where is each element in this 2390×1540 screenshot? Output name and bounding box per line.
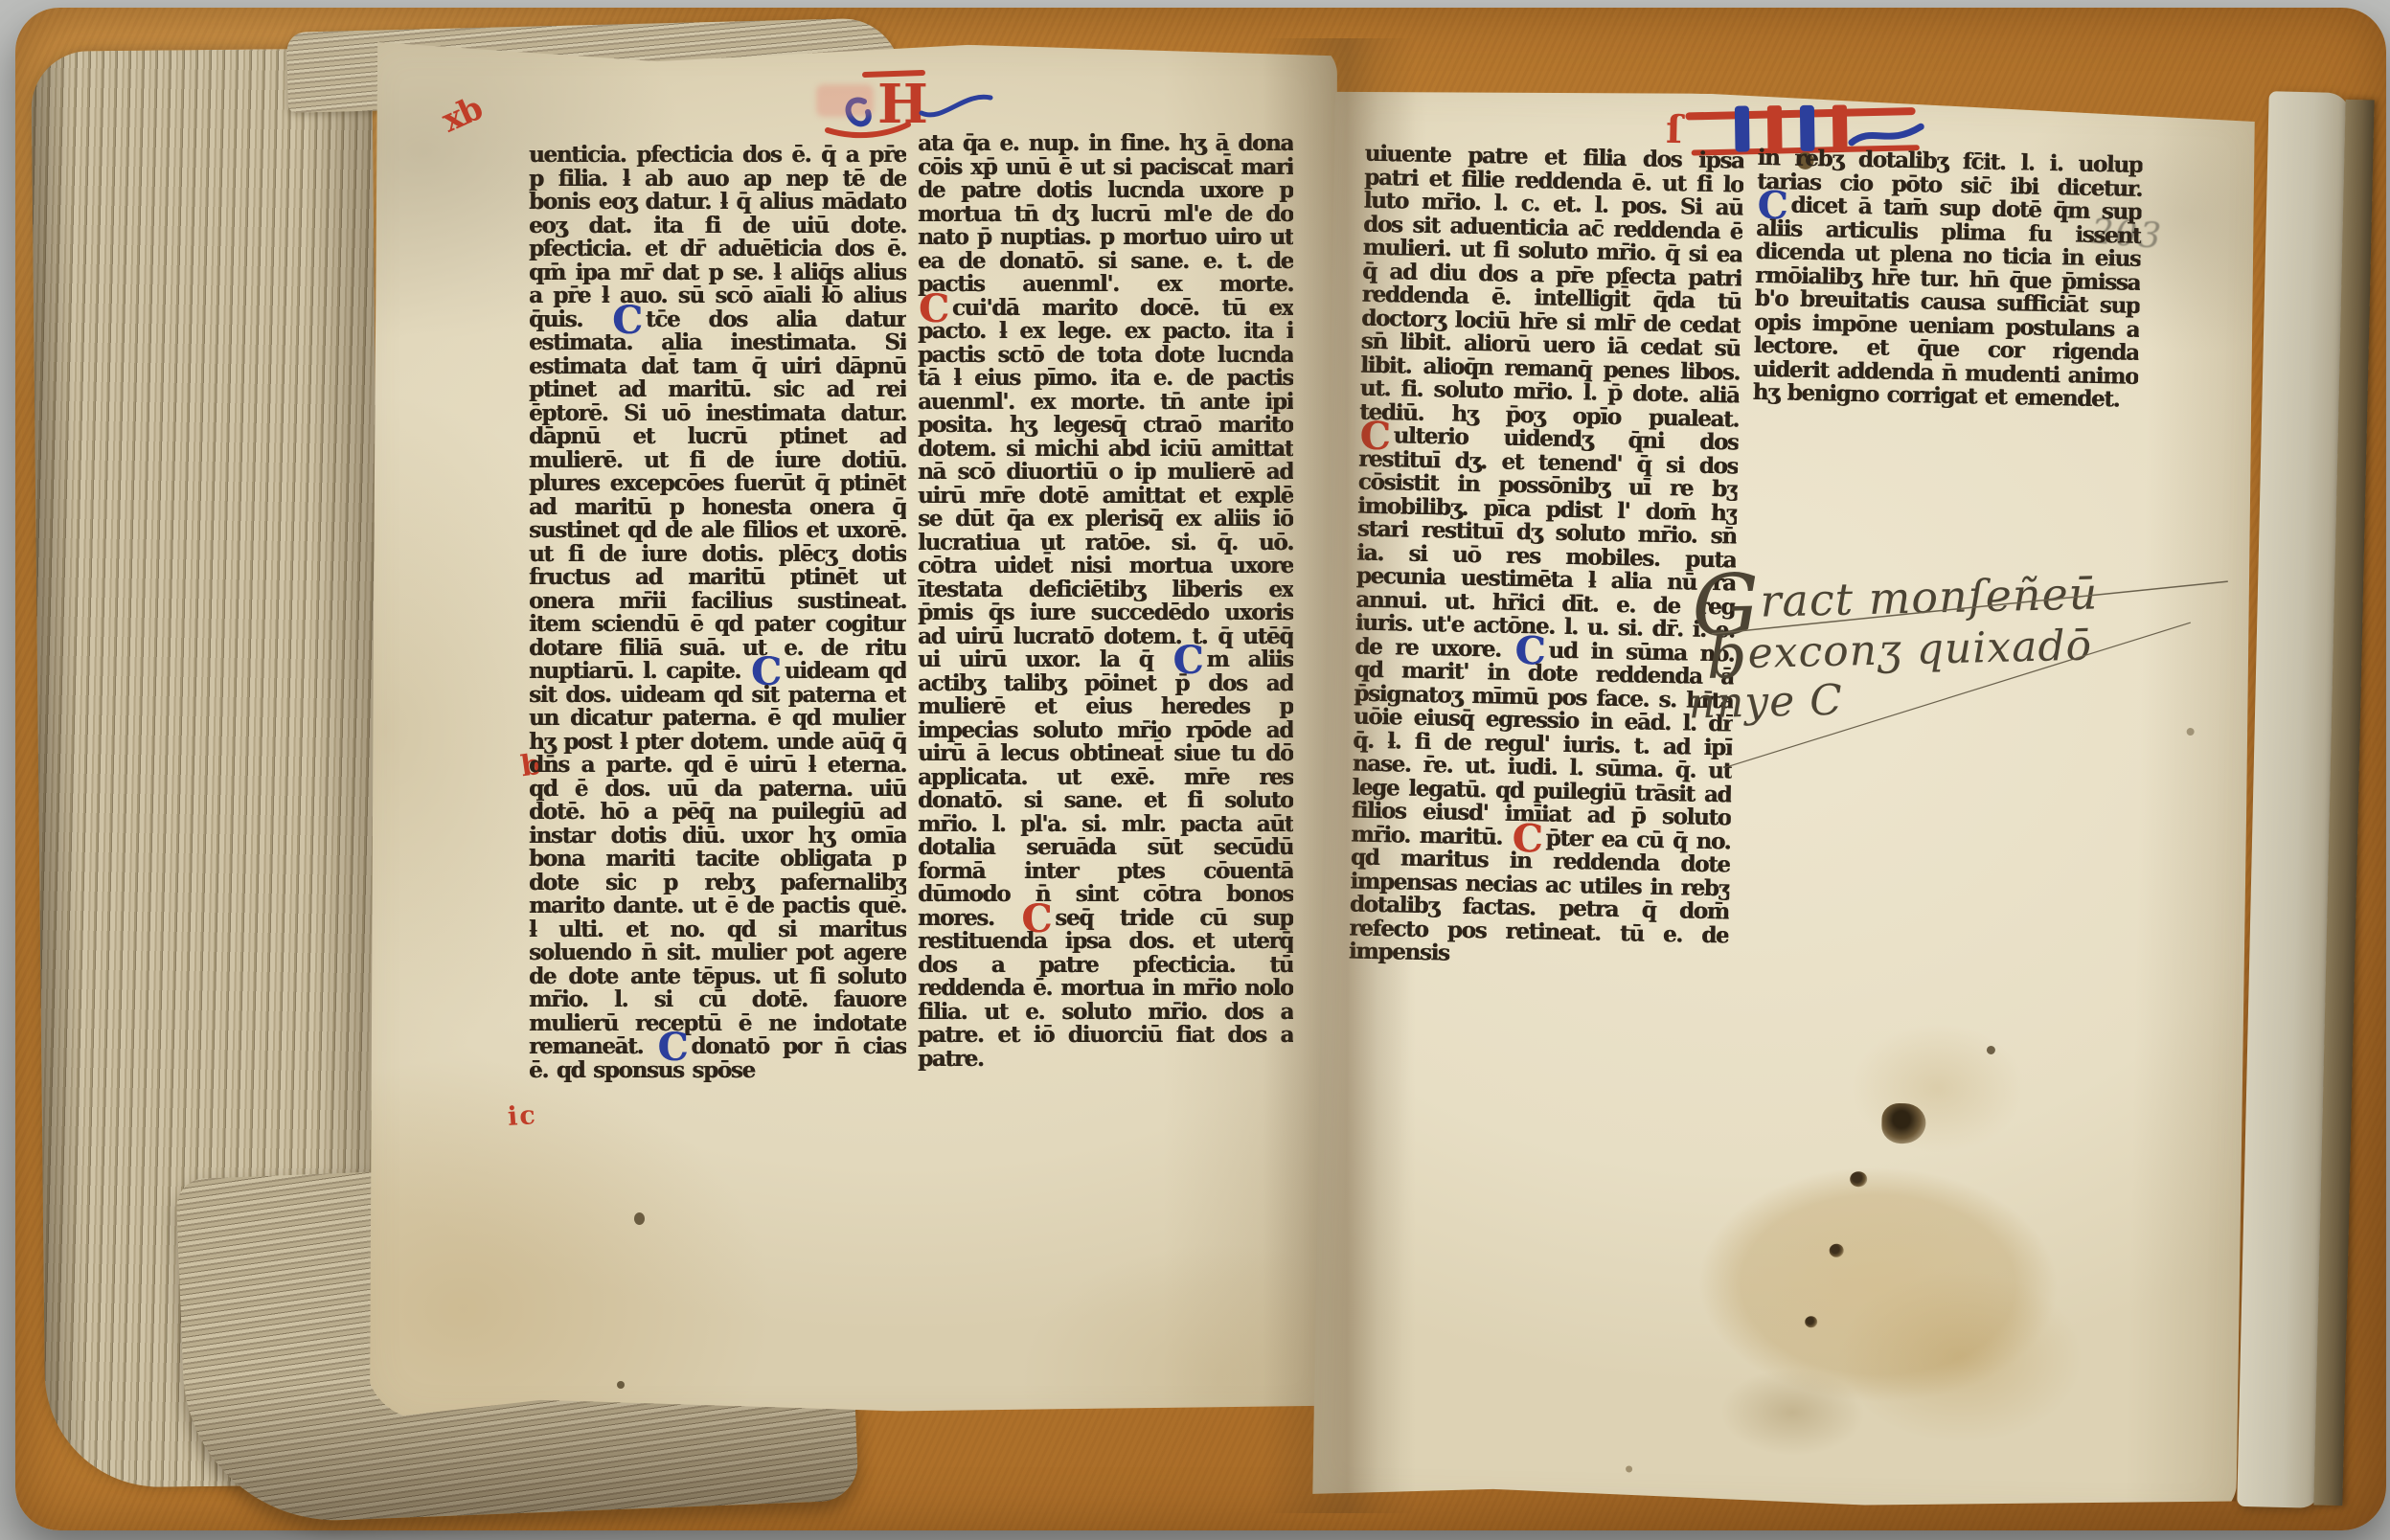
gothic-text-run: uiuente patre et filia dos ipsa patri et…	[1359, 143, 1744, 432]
parchment-hole-heart	[1881, 1103, 1926, 1144]
numeral-bar-4	[1832, 104, 1848, 150]
text-column-left-2: ata q̄a e. nup. in fine. hʒ ā dona cōis …	[918, 132, 1293, 1207]
numeral-bar-3	[1800, 105, 1815, 151]
gothic-text-run: tc̄e dos alia datur estimata. alia inest…	[529, 306, 906, 685]
header-letter: H	[877, 73, 928, 136]
wormhole	[1850, 1171, 1867, 1187]
header-prefix-curl: ſ	[1666, 107, 1686, 152]
ink-stain	[1719, 1368, 1865, 1457]
gothic-text-run: cui'dā marito docē. tū ex pacto. ƚ ex le…	[918, 295, 1293, 673]
quire-mark-red: xb	[437, 90, 488, 141]
cursive-ownership-annotation: Gract monſeñeū bexconʒ quixadō nnye C	[1692, 564, 2254, 865]
blue-swash-flourish	[922, 97, 990, 115]
gothic-text-run: ata q̄a e. nup. in fine. hʒ ā dona cōis …	[918, 132, 1293, 297]
wormhole	[1830, 1244, 1844, 1257]
gothic-text-run: dicet ā tam̄ sup dotē q̄m sup aliis arti…	[1752, 192, 2141, 413]
wormhole	[1987, 1046, 1995, 1054]
gothic-text-run: uideam qd sit dos. uideam qd sit paterna…	[529, 658, 906, 1059]
gothic-text-run: uenticia. pfecticia dos ē. q̄ a pr̄e p f…	[529, 144, 906, 332]
gothic-text-run: m aliis actibʒ talibʒ pōinet p̄ dos ad m…	[918, 646, 1293, 931]
wormhole	[634, 1212, 645, 1225]
gothic-text-run: ulterio uidendʒ q̄ni dos restituī dʒ. et…	[1354, 422, 1739, 662]
manuscript-photo: H xb b ic uenticia. pfecticia dos ē. q̄ …	[0, 0, 2390, 1540]
gothic-text-run: seq̄ tride cū sup restituenda ipsa dos. …	[918, 905, 1293, 1072]
numeral-bar-2	[1767, 105, 1783, 151]
red-smudge	[816, 84, 874, 117]
wormhole	[617, 1381, 625, 1389]
right-manuscript-page: ſ IIII 203 uiuente patre et filia dos ip…	[1307, 86, 2264, 1518]
fly-speck	[1626, 1465, 1632, 1472]
left-manuscript-page: H xb b ic uenticia. pfecticia dos ē. q̄ …	[366, 42, 1337, 1419]
numeral-bar-1	[1735, 105, 1750, 151]
blue-swash-flourish	[1852, 125, 1921, 144]
text-column-left-1: uenticia. pfecticia dos ē. q̄ a pr̄e p f…	[529, 144, 906, 1186]
text-column-right-1: uiuente patre et filia dos ipsa patri et…	[1344, 143, 1744, 1213]
wormhole	[1805, 1316, 1817, 1327]
